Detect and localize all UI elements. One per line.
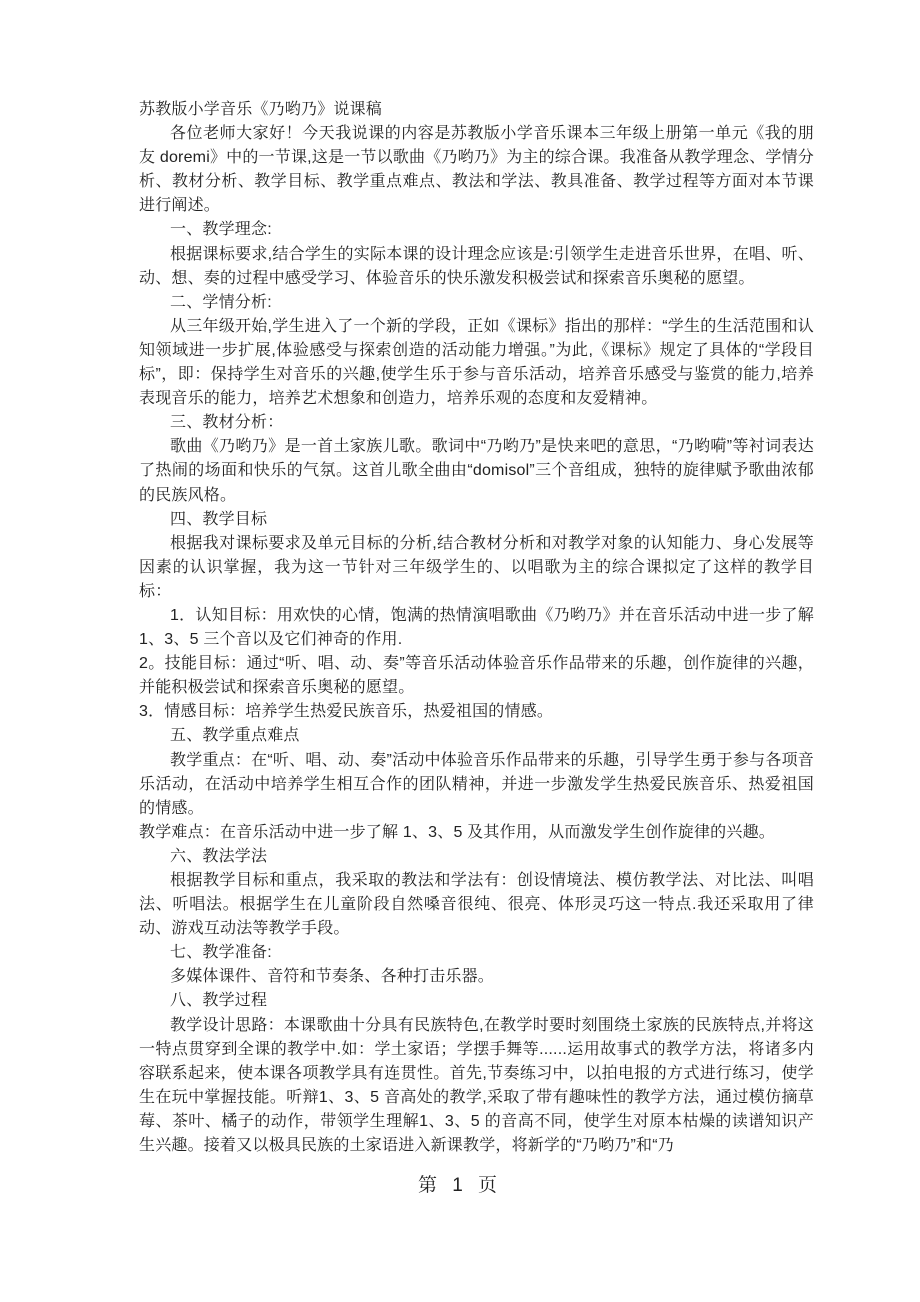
paragraph: 八、教学过程 [139,989,814,1013]
paragraph: 三、教材分析： [139,411,814,435]
paragraph: 3．情感目标：培养学生热爱民族音乐，热爱祖国的情感。 [139,700,814,724]
document-title: 苏教版小学音乐《乃哟乃》说课稿 [139,98,814,122]
paragraph: 多媒体课件、音符和节奏条、各种打击乐器。 [139,965,814,989]
document-paragraphs: 各位老师大家好！今天我说课的内容是苏教版小学音乐课本三年级上册第一单元《我的朋友… [139,122,814,1158]
paragraph: 根据我对课标要求及单元目标的分析,结合教材分析和对教学对象的认知能力、身心发展等… [139,532,814,604]
paragraph: 二、学情分析: [139,291,814,315]
paragraph: 一、教学理念: [139,218,814,242]
paragraph: 歌曲《乃哟乃》是一首土家族儿歌。歌词中“乃哟乃”是快来吧的意思，“乃哟嗬”等衬词… [139,435,814,507]
paragraph: 1．认知目标：用欢快的心情，饱满的热情演唱歌曲《乃哟乃》并在音乐活动中进一步了解… [139,604,814,652]
paragraph: 教学难点：在音乐活动中进一步了解 1、3、5 及其作用，从而激发学生创作旋律的兴… [139,821,814,845]
paragraph: 教学设计思路：本课歌曲十分具有民族特色,在教学时要时刻围绕土家族的民族特点,并将… [139,1014,814,1159]
paragraph: 四、教学目标 [139,508,814,532]
paragraph: 从三年级开始,学生进入了一个新的学段，正如《课标》指出的那样：“学生的生活范围和… [139,315,814,411]
document-page: 苏教版小学音乐《乃哟乃》说课稿 各位老师大家好！今天我说课的内容是苏教版小学音乐… [0,0,920,1302]
paragraph: 根据课标要求,结合学生的实际本课的设计理念应该是:引领学生走进音乐世界，在唱、听… [139,243,814,291]
paragraph: 2。技能目标：通过“听、唱、动、奏”等音乐活动体验音乐作品带来的乐趣，创作旋律的… [139,652,814,700]
paragraph: 七、教学准备: [139,941,814,965]
document-content: 苏教版小学音乐《乃哟乃》说课稿 各位老师大家好！今天我说课的内容是苏教版小学音乐… [139,98,814,1158]
paragraph: 六、教法学法 [139,845,814,869]
paragraph: 五、教学重点难点 [139,724,814,748]
paragraph: 教学重点：在“听、唱、动、奏”活动中体验音乐作品带来的乐趣，引导学生勇于参与各项… [139,749,814,821]
paragraph: 根据教学目标和重点，我采取的教法和学法有：创设情境法、模仿教学法、对比法、叫唱法… [139,869,814,941]
page-footer: 第 1 页 [0,1174,920,1198]
paragraph: 各位老师大家好！今天我说课的内容是苏教版小学音乐课本三年级上册第一单元《我的朋友… [139,122,814,218]
page-number-label: 第 1 页 [418,1175,502,1196]
